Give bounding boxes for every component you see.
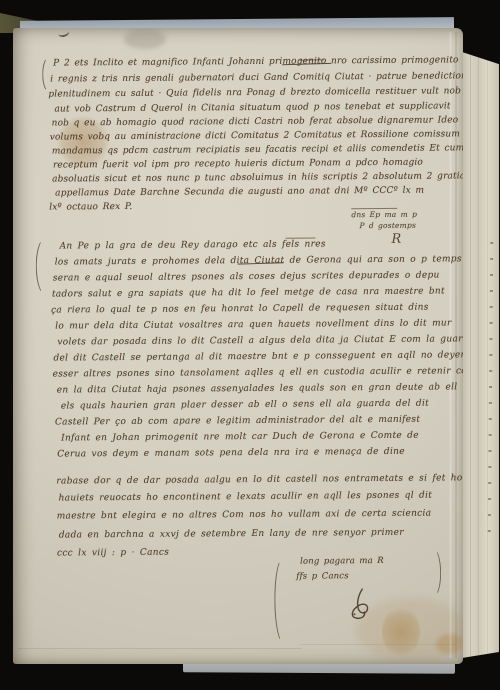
manuscript-text-line: maestre bnt elegira e no altres Com nos … bbox=[57, 509, 432, 522]
manuscript-text-line: i regnis z tris nris genali gubernatori … bbox=[50, 71, 463, 84]
manuscript-text-line: An Pe p la gra de deu Rey darago etc als… bbox=[60, 239, 326, 251]
manuscript-page: P 2 ets Inclito et magnifico Infanti Joh… bbox=[13, 28, 463, 664]
closing-chancery-note: long pagara ma R bbox=[300, 556, 384, 567]
manuscript-sheet: P 2 ets Inclito et magnifico Infanti Joh… bbox=[13, 28, 463, 664]
manuscript-text-line: del dit Castell se pertanga al dit maest… bbox=[53, 350, 463, 363]
manuscript-text-line: els quals haurien gran plaer desser ab e… bbox=[61, 399, 429, 412]
manuscript-text-line: aut vob Castrum d Querol in Citania situ… bbox=[54, 101, 450, 114]
manuscript-text-line: receptum fuerit vol ipm pro recepto huie… bbox=[53, 158, 423, 171]
manuscript-text-line: Cerua vos deym e manam sots pena dela nr… bbox=[57, 447, 405, 460]
manuscript-text-line: P 2 ets Inclito et magnifico Infanti Joh… bbox=[53, 55, 463, 68]
manuscript-text-line: ça riera lo qual te p nos en feu honrat … bbox=[51, 303, 429, 316]
manuscript-text-line: en la dita Ciutat haja psones assenyalad… bbox=[57, 382, 458, 395]
chancery-registration-note: dns Ep ma m p bbox=[351, 210, 417, 220]
abbreviation-overbar bbox=[298, 59, 324, 60]
page-edge-specks bbox=[488, 242, 494, 542]
manuscript-text-line: lo mur dela dita Ciutat vosaltres ara qu… bbox=[55, 318, 451, 331]
manuscript-text-line: volums vobq au aministracione dicti Comi… bbox=[50, 129, 460, 142]
page-edge-line bbox=[487, 52, 488, 658]
paragraph-bracket-flourish bbox=[426, 549, 441, 597]
manuscript-text-line: dada en barchna a xxvj de setembre En la… bbox=[59, 528, 404, 541]
photo-background: P 2 ets Inclito et magnifico Infanti Joh… bbox=[0, 0, 500, 690]
manuscript-text-line: plenitudinem cu salut · Quia fidelis nra… bbox=[48, 86, 461, 99]
manuscript-text-line: absoluatis sicut et nos nunc p tunc abso… bbox=[52, 171, 463, 184]
manuscript-text-line: lxº octauo Rex P. bbox=[49, 202, 132, 213]
notarial-paraph: R bbox=[391, 232, 401, 247]
paragraph-bracket-flourish bbox=[274, 558, 293, 644]
manuscript-text-line: tadors salut e gra sapiats que ha dit lo… bbox=[52, 286, 445, 299]
closing-chancery-note: ffs p Cancs bbox=[296, 571, 349, 581]
page-edge-stack bbox=[462, 52, 499, 658]
manuscript-text-line: seran e aqual seuol altres psones als co… bbox=[53, 271, 440, 284]
notarial-paraph-flourish bbox=[346, 587, 374, 621]
manuscript-text-line: esser altres psones sino tansolament aql… bbox=[53, 366, 463, 379]
chancery-registration-note: P d gostemps bbox=[359, 221, 416, 230]
page-edge-line bbox=[470, 52, 471, 658]
manuscript-text-line: Infant en Johan primogenit nre molt car … bbox=[61, 431, 419, 444]
manuscript-text-line: nob q eu ab homagio quod racione dicti C… bbox=[52, 115, 459, 128]
manuscript-text-line: hauiets reuocats ho encontinent e lexats… bbox=[59, 491, 433, 504]
page-edge-line bbox=[478, 52, 479, 658]
manuscript-text-line: Castell Per ço ab com apare e legitim ad… bbox=[55, 415, 420, 428]
manuscript-text-line: volets dar posada dins lo dit Castell a … bbox=[57, 334, 463, 347]
paragraph-bracket-flourish bbox=[36, 238, 56, 296]
manuscript-text-line: rabase dor q de dar posada aalgu en lo d… bbox=[56, 473, 462, 486]
handwritten-text-layer: P 2 ets Inclito et magnifico Infanti Joh… bbox=[13, 28, 463, 664]
manuscript-text-line: appellamus Date Barchne Secunda die augu… bbox=[55, 186, 424, 199]
manuscript-text-line: los amats jurats e prohomes dela dita Ci… bbox=[55, 254, 462, 267]
manuscript-text-line: mandamus qs pdcm castrum recipiatis seu … bbox=[52, 143, 463, 156]
manuscript-text-line: ccc lx viij : p · Cancs bbox=[57, 548, 169, 559]
